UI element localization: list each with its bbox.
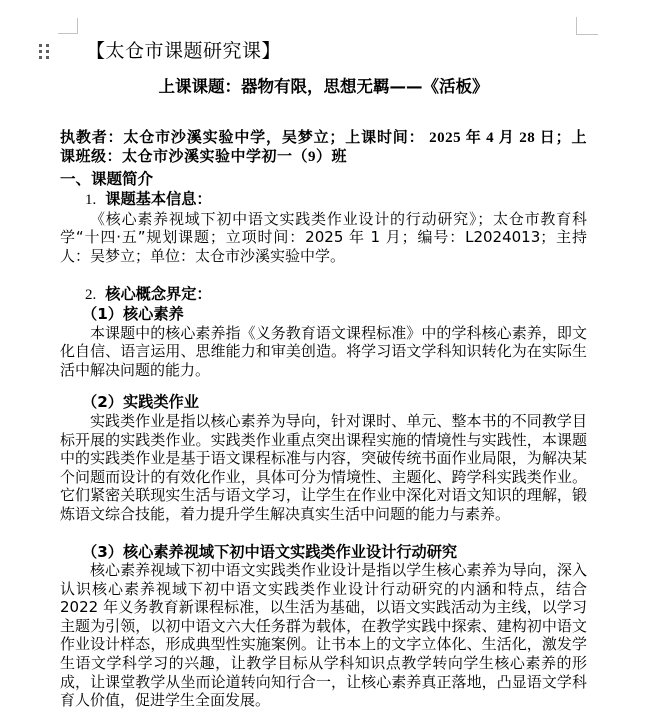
document-page: 【太仓市课题研究课】 上课课题：器物有限，思想无羁——《活板》 执教者：太仓市沙… <box>0 0 651 713</box>
paragraph-action-research: 核心素养视域下初中语文实践类作业设计是指以学生核心素养为导向，深入认识核心素养视… <box>60 561 587 710</box>
list-item-core-concepts: 2.核心概念界定： <box>60 285 587 305</box>
drag-dot <box>39 56 42 59</box>
document-title: 【太仓市课题研究课】 <box>60 41 587 63</box>
sub-heading-core-literacy: （1）核心素养 <box>60 305 587 324</box>
list-item-title: 核心概念界定： <box>105 285 211 303</box>
list-number: 1. <box>85 192 96 208</box>
list-item-basic-info: 1.课题基本信息： <box>60 190 587 210</box>
paragraph-basic-info: 《核心素养视域下初中语文实践类作业设计的行动研究》；太仓市教育科学“十四·五”规… <box>60 210 587 266</box>
drag-dot <box>39 44 42 47</box>
teacher-info: 执教者：太仓市沙溪实验中学，吴梦立；上课时间： 2025 年 4 月 28 日；… <box>60 129 587 167</box>
drag-dot <box>46 44 49 47</box>
sub-heading-action-research: （3）核心素养视域下初中语文实践类作业设计行动研究 <box>60 543 587 562</box>
section-heading: 一、课题简介 <box>60 170 587 188</box>
paragraph-practice-homework: 实践类作业是指以核心素养为导向，针对课时、单元、整本书的不同教学目标开展的实践类… <box>60 412 587 524</box>
lesson-title: 上课课题：器物有限，思想无羁——《活板》 <box>60 78 587 95</box>
drag-dot <box>46 50 49 53</box>
paragraph-core-literacy: 本课题中的核心素养指《义务教育语文课程标准》中的学科核心素养，即文化自信、语言运… <box>60 324 587 380</box>
document-content: 【太仓市课题研究课】 上课课题：器物有限，思想无羁——《活板》 执教者：太仓市沙… <box>60 0 587 710</box>
drag-handle-icon[interactable] <box>39 44 49 59</box>
drag-dot <box>39 50 42 53</box>
drag-dot <box>46 56 49 59</box>
list-number: 2. <box>85 287 96 303</box>
sub-heading-practice-homework: （2）实践类作业 <box>60 393 587 412</box>
list-item-title: 课题基本信息： <box>105 190 211 208</box>
